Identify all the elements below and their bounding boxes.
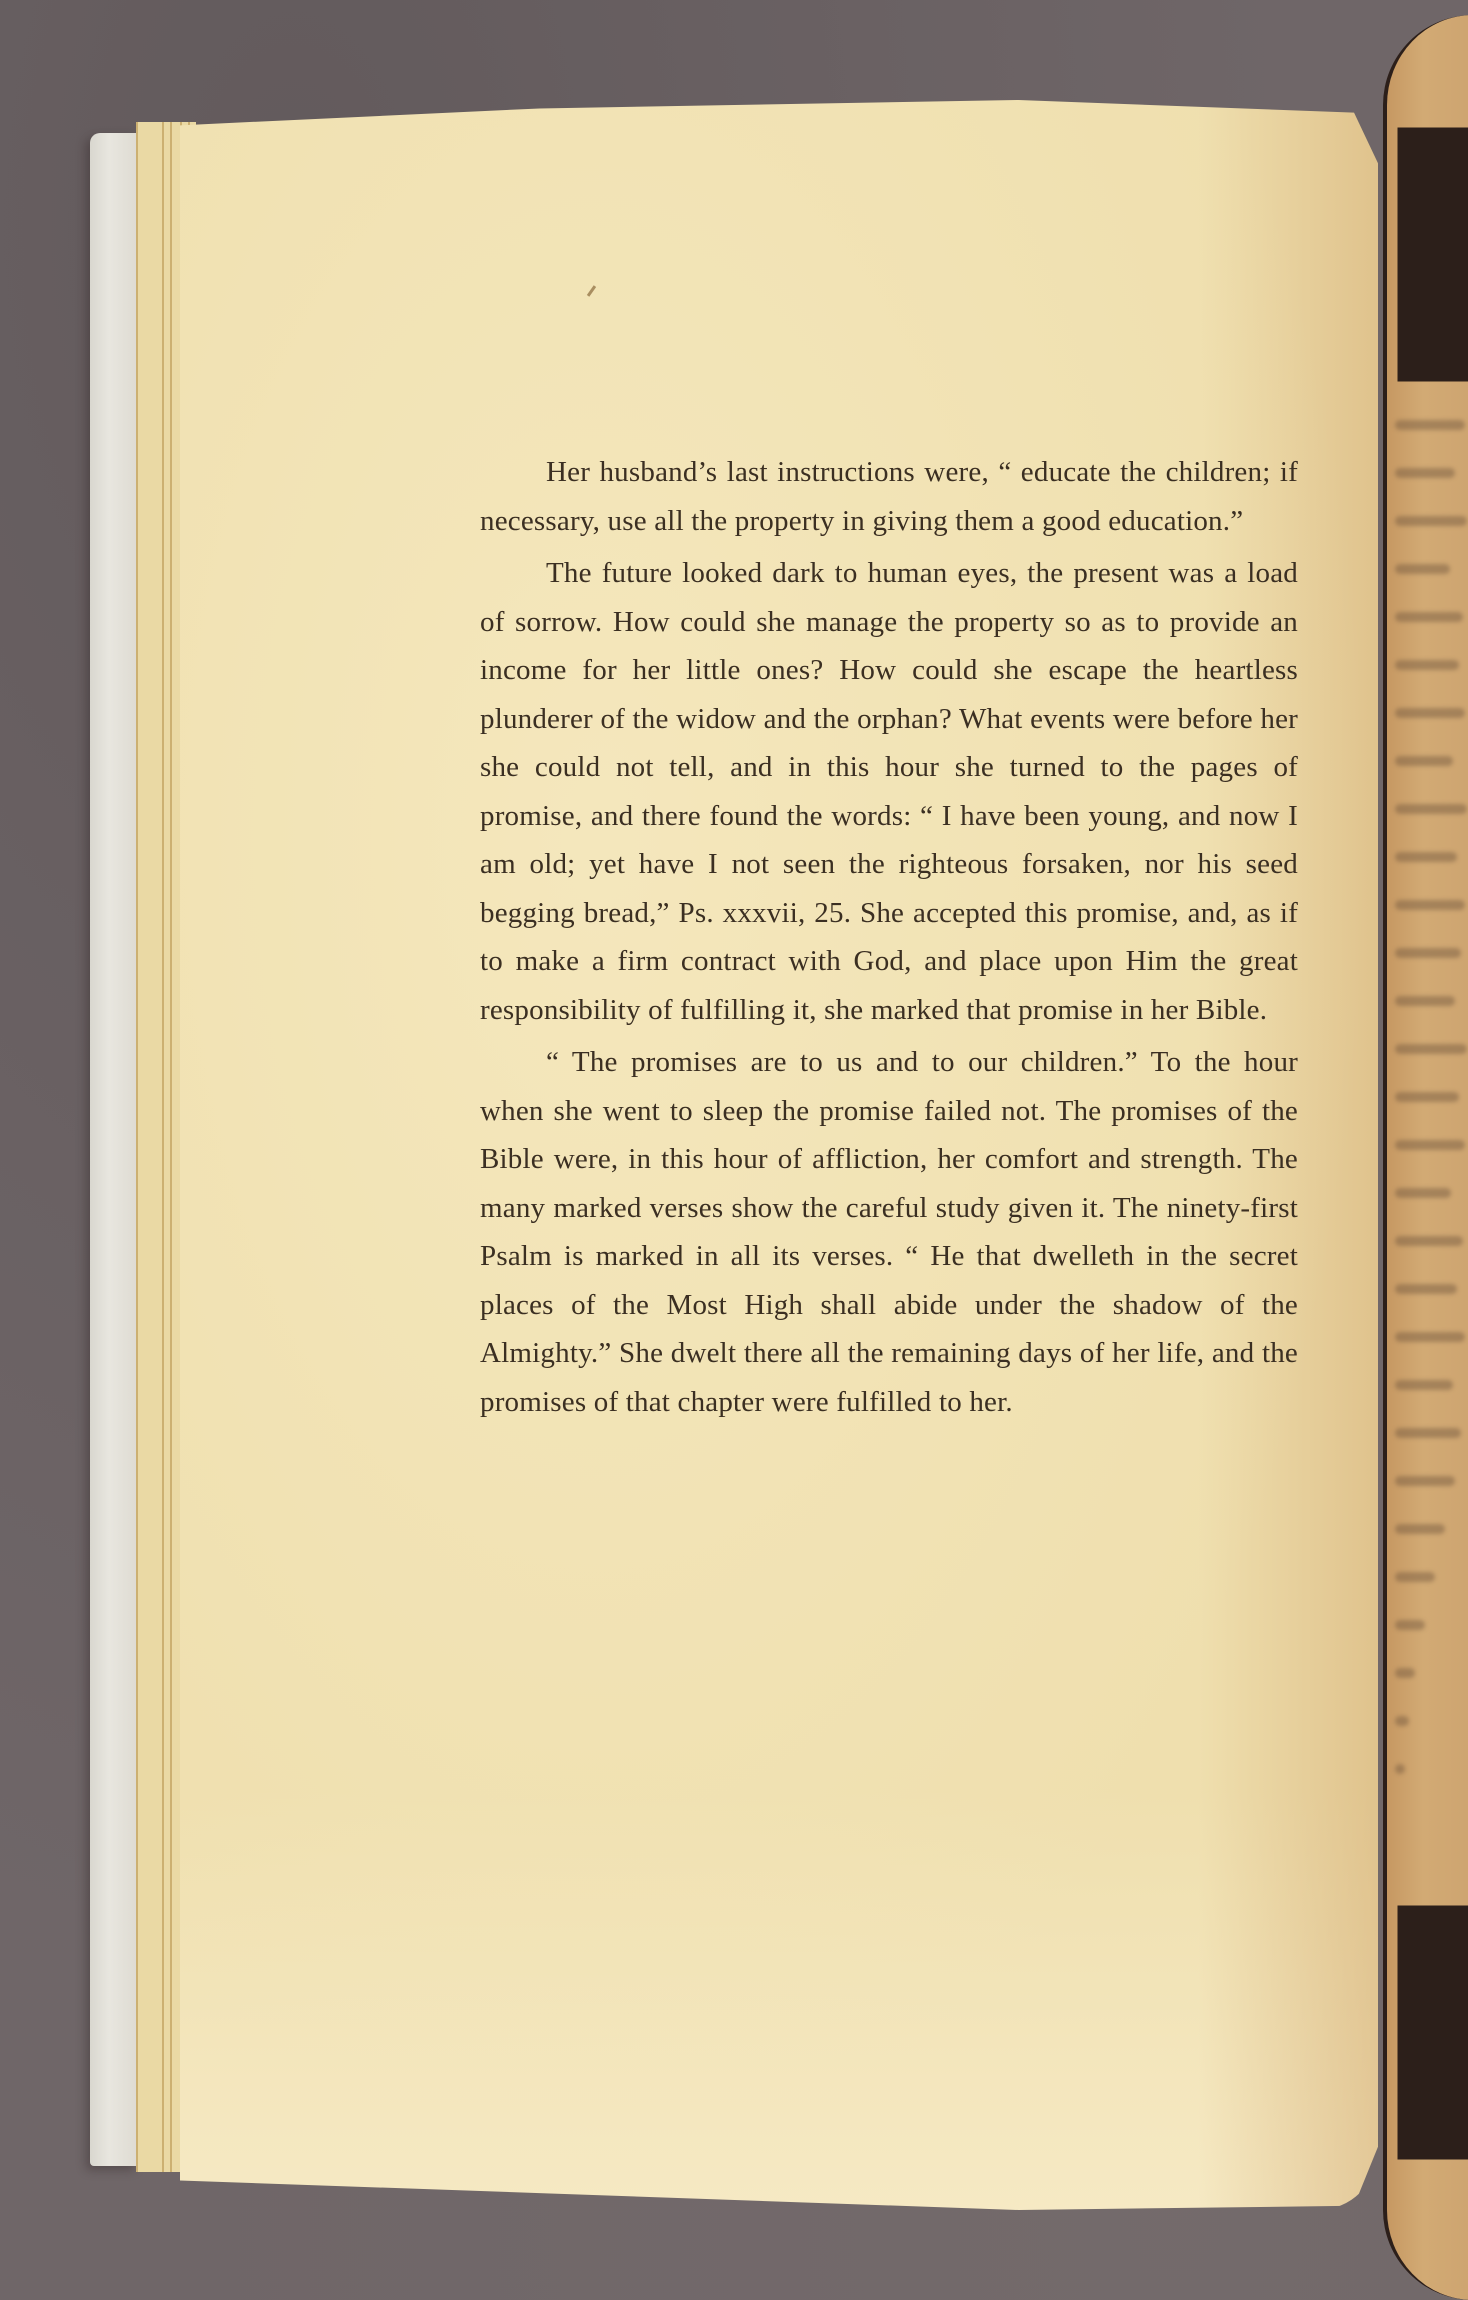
- bleed-line: [1395, 708, 1465, 718]
- paragraph: The future looked dark to human eyes, th…: [480, 549, 1298, 1034]
- bleed-line: [1395, 1140, 1465, 1150]
- bleed-line: [1395, 756, 1453, 766]
- bleed-line: [1395, 1524, 1445, 1534]
- bleed-line: [1395, 1236, 1463, 1246]
- next-page-bleed-text: [1395, 420, 1468, 1800]
- bleed-line: [1395, 948, 1461, 958]
- bleed-line: [1395, 1476, 1455, 1486]
- bleed-line: [1395, 660, 1459, 670]
- bleed-line: [1395, 852, 1457, 862]
- paragraph: Her husband’s last instructions were, “ …: [480, 448, 1298, 545]
- bleed-line: [1395, 1092, 1459, 1102]
- bleed-line: [1395, 1284, 1457, 1294]
- bleed-line: [1395, 996, 1455, 1006]
- bleed-line: [1395, 1428, 1461, 1438]
- back-cover-edge: [90, 133, 138, 2166]
- bleed-line: [1395, 564, 1450, 574]
- book-photo-scene: Her husband’s last instructions were, “ …: [0, 0, 1468, 2300]
- page-edge-line: [170, 122, 172, 2172]
- bleed-line: [1395, 420, 1465, 430]
- page-edge-line: [162, 122, 164, 2172]
- page-text: Her husband’s last instructions were, “ …: [480, 448, 1298, 1430]
- bleed-line: [1395, 1380, 1453, 1390]
- bleed-line: [1395, 1764, 1405, 1774]
- bleed-line: [1395, 1572, 1435, 1582]
- bleed-line: [1395, 804, 1467, 814]
- bleed-line: [1395, 1716, 1409, 1726]
- paragraph: “ The promises are to us and to our chil…: [480, 1038, 1298, 1426]
- bleed-line: [1395, 1620, 1425, 1630]
- bleed-line: [1395, 1044, 1467, 1054]
- bleed-line: [1395, 468, 1455, 478]
- bleed-line: [1395, 900, 1465, 910]
- bleed-line: [1395, 1668, 1415, 1678]
- page-edge-line: [136, 122, 138, 2172]
- bleed-line: [1395, 1188, 1451, 1198]
- bleed-line: [1395, 516, 1467, 526]
- bleed-line: [1395, 612, 1463, 622]
- bleed-line: [1395, 1332, 1465, 1342]
